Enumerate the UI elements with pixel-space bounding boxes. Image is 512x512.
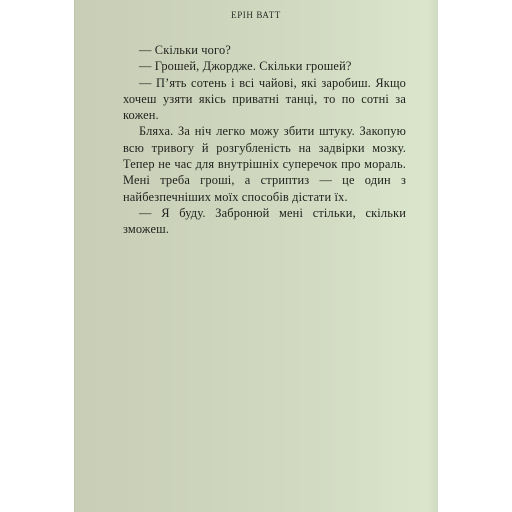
paragraph-dialogue-2: — Грошей, Джордже. Скільки грошей? xyxy=(123,58,406,74)
book-page: ЕРІН ВАТТ — Скільки чого? — Грошей, Джор… xyxy=(74,0,438,512)
running-head-author: ЕРІН ВАТТ xyxy=(74,10,438,20)
paragraph-dialogue-3: — П’ять сотень і всі чайові, які заробиш… xyxy=(123,75,406,124)
paragraph-dialogue-1: — Скільки чого? xyxy=(123,42,406,58)
paragraph-narration: Бляха. За ніч легко можу збити штуку. За… xyxy=(123,123,406,204)
paragraph-dialogue-4: — Я буду. Забронюй мені стільки, скільки… xyxy=(123,205,406,238)
page-body-text: — Скільки чого? — Грошей, Джордже. Скіль… xyxy=(123,42,406,238)
